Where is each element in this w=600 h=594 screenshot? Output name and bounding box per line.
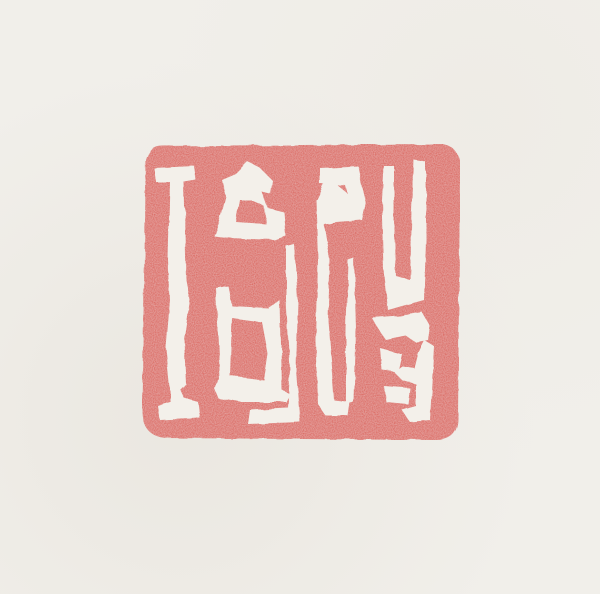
seal-impression [140, 140, 462, 442]
stroke [384, 386, 410, 404]
stroke [346, 258, 356, 404]
paper-background [0, 0, 600, 594]
